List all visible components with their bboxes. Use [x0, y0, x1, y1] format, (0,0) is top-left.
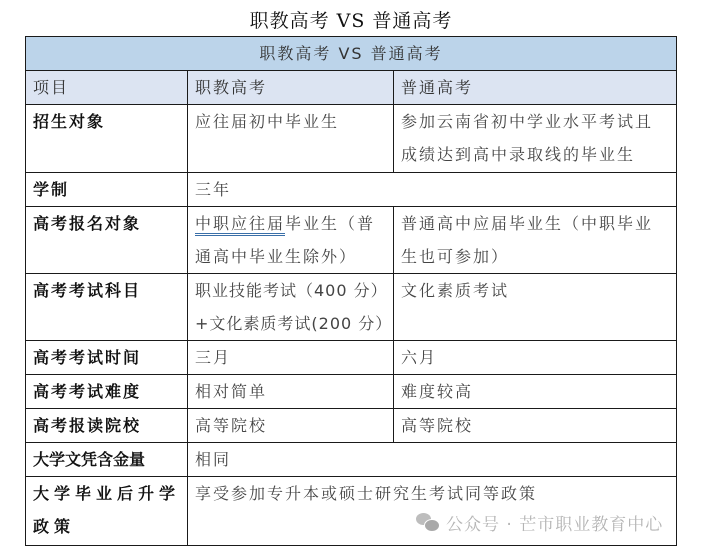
cell-merged: 三年 — [188, 173, 677, 207]
table-band-title: 职教高考 VS 普通高考 — [26, 37, 677, 71]
table-header-row: 项目 职教高考 普通高考 — [26, 71, 677, 105]
cell-general: 难度较高 — [394, 375, 677, 409]
table-row: 学制 三年 — [26, 173, 677, 207]
row-label: 高考考试科目 — [26, 274, 188, 341]
table-row: 招生对象 应往届初中毕业生 参加云南省初中学业水平考试且成绩达到高中录取线的毕业… — [26, 105, 677, 173]
header-vocational: 职教高考 — [188, 71, 394, 105]
cell-general: 参加云南省初中学业水平考试且成绩达到高中录取线的毕业生 — [394, 105, 677, 173]
row-label: 高考考试时间 — [26, 341, 188, 375]
watermark: 公众号 · 芒市职业教育中心 — [416, 510, 663, 534]
row-label: 高考报读院校 — [26, 409, 188, 443]
cell-vocational: 相对简单 — [188, 375, 394, 409]
cell-general: 六月 — [394, 341, 677, 375]
table-row: 高考考试科目 职业技能考试（400 分）+文化素质考试(200 分） 文化素质考… — [26, 274, 677, 341]
cell-line: +文化素质考试(200 分） — [195, 307, 386, 340]
header-item: 项目 — [26, 71, 188, 105]
row-label: 大学毕业后升学政策 — [26, 477, 188, 546]
cell-vocational: 中职应往届毕业生（普通高中毕业生除外） — [188, 207, 394, 274]
watermark-text: 公众号 · 芒市职业教育中心 — [446, 510, 663, 535]
cell-line: 职业技能考试（400 分） — [195, 274, 386, 307]
wechat-icon — [416, 512, 440, 532]
cell-general: 普通高中应届毕业生（中职毕业生也可参加） — [394, 207, 677, 274]
cell-vocational: 职业技能考试（400 分）+文化素质考试(200 分） — [188, 274, 394, 341]
comparison-table: 职教高考 VS 普通高考 项目 职教高考 普通高考 招生对象 应往届初中毕业生 … — [25, 36, 677, 546]
row-label: 高考考试难度 — [26, 375, 188, 409]
table-band-row: 职教高考 VS 普通高考 — [26, 37, 677, 71]
table-row: 高考报读院校 高等院校 高等院校 — [26, 409, 677, 443]
row-label: 高考报名对象 — [26, 207, 188, 274]
table-row: 高考报名对象 中职应往届毕业生（普通高中毕业生除外） 普通高中应届毕业生（中职毕… — [26, 207, 677, 274]
table-row: 高考考试难度 相对简单 难度较高 — [26, 375, 677, 409]
row-label: 招生对象 — [26, 105, 188, 173]
document-title: 职教高考 VS 普通高考 — [0, 6, 702, 33]
cell-general: 高等院校 — [394, 409, 677, 443]
cell-vocational: 应往届初中毕业生 — [188, 105, 394, 173]
cell-vocational: 高等院校 — [188, 409, 394, 443]
table-row: 高考考试时间 三月 六月 — [26, 341, 677, 375]
header-general: 普通高考 — [394, 71, 677, 105]
underlined-text: 中职应往届 — [195, 214, 285, 236]
row-label: 大学文凭含金量 — [26, 443, 188, 477]
cell-merged: 相同 — [188, 443, 677, 477]
cell-general: 文化素质考试 — [394, 274, 677, 341]
row-label: 学制 — [26, 173, 188, 207]
cell-vocational: 三月 — [188, 341, 394, 375]
table-row: 大学文凭含金量 相同 — [26, 443, 677, 477]
